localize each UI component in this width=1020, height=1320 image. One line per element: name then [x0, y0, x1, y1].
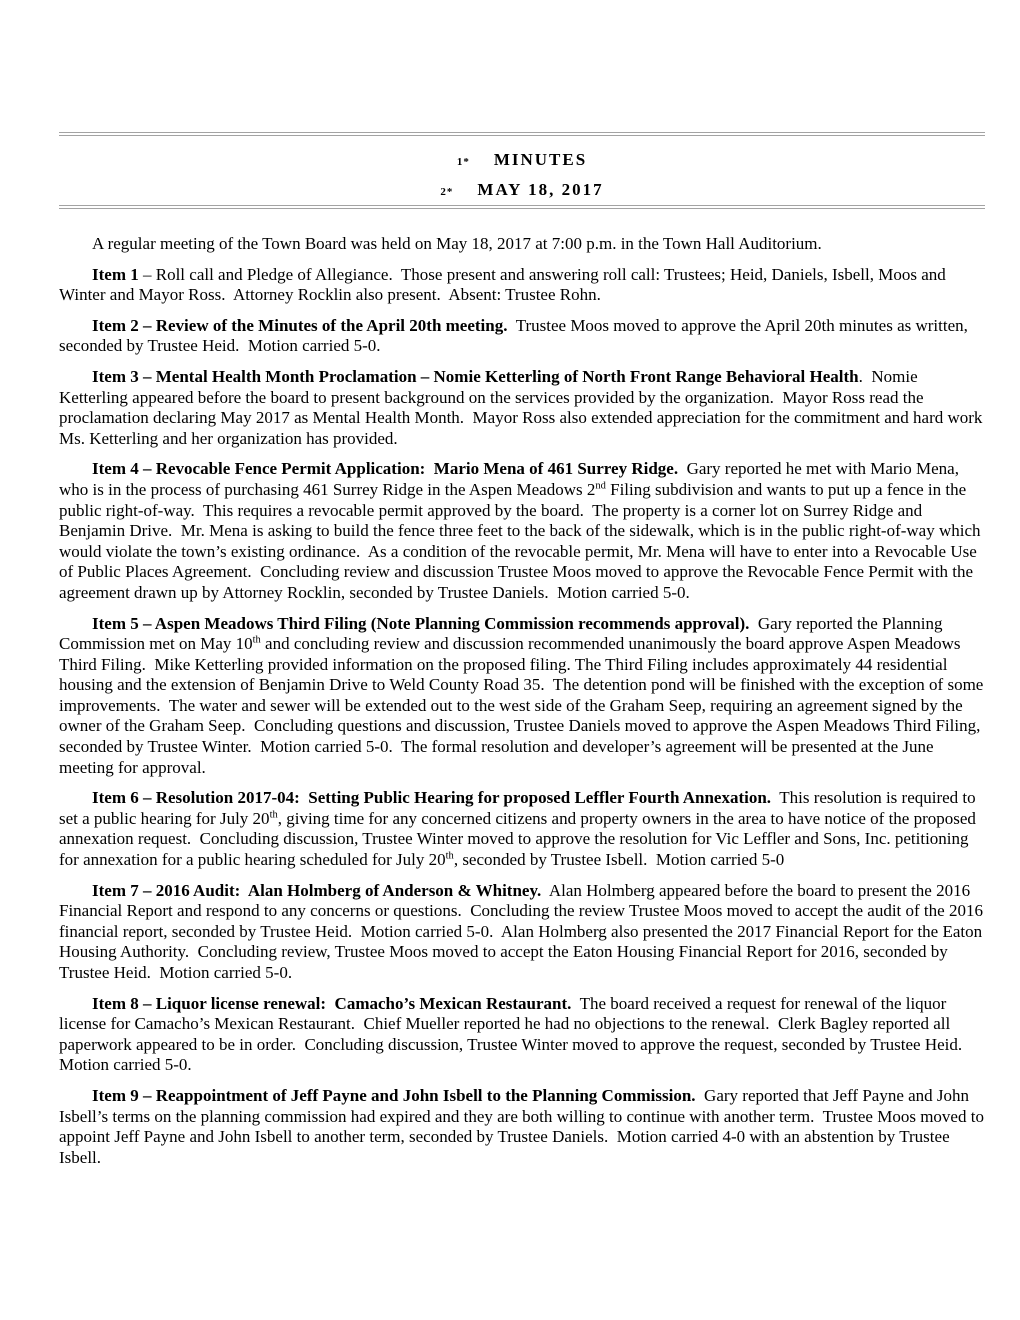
paragraph-text-run: , seconded by Trustee Isbell. Motion car…	[454, 850, 785, 869]
paragraph-text-run: th	[446, 850, 454, 861]
paragraph-heading-run: Item 7 – 2016 Audit: Alan Holmberg of An…	[92, 881, 541, 900]
paragraph-heading-run: Item 8 – Liquor license renewal: Camacho…	[92, 994, 571, 1013]
paragraph-heading-run: Item 1	[92, 265, 139, 284]
intro-paragraph: A regular meeting of the Town Board was …	[59, 234, 985, 255]
paragraph-text-run: th	[270, 809, 278, 820]
item-2: Item 2 – Review of the Minutes of the Ap…	[59, 316, 985, 357]
item-8: Item 8 – Liquor license renewal: Camacho…	[59, 994, 985, 1076]
header-date-line: 2*MAY 18, 2017	[59, 180, 985, 200]
paragraph-heading-run: Item 6 – Resolution 2017-04: Setting Pub…	[92, 788, 771, 807]
item-4: Item 4 – Revocable Fence Permit Applicat…	[59, 459, 985, 603]
paragraph-heading-run: Item 2 – Review of the Minutes of the Ap…	[92, 316, 508, 335]
document-title: MINUTES	[494, 150, 587, 169]
paragraph-heading-run: Item 5 – Aspen Meadows Third Filing (Not…	[92, 614, 749, 633]
list-number-marker: 2*	[440, 186, 453, 198]
paragraph-heading-run: Item 4 – Revocable Fence Permit Applicat…	[92, 459, 678, 478]
paragraph-text-run: th	[253, 634, 261, 645]
paragraph-text-run: – Roll call and Pledge of Allegiance. Th…	[59, 265, 950, 305]
document-page: 1*MINUTES 2*MAY 18, 2017 A regular meeti…	[0, 0, 1020, 1320]
item-6: Item 6 – Resolution 2017-04: Setting Pub…	[59, 788, 985, 870]
item-9: Item 9 – Reappointment of Jeff Payne and…	[59, 1086, 985, 1168]
document-body: A regular meeting of the Town Board was …	[59, 209, 985, 1168]
paragraph-text-run: A regular meeting of the Town Board was …	[92, 234, 822, 253]
list-number-marker: 1*	[457, 156, 470, 168]
item-1: Item 1 – Roll call and Pledge of Allegia…	[59, 265, 985, 306]
item-3: Item 3 – Mental Health Month Proclamatio…	[59, 367, 985, 449]
paragraph-text-run: nd	[595, 480, 606, 491]
paragraph-heading-run: Item 3 – Mental Health Month Proclamatio…	[92, 367, 859, 386]
document-header: 1*MINUTES 2*MAY 18, 2017	[59, 136, 985, 200]
header-title-line: 1*MINUTES	[59, 150, 985, 170]
document-date: MAY 18, 2017	[477, 180, 603, 199]
paragraph-heading-run: Item 9 – Reappointment of Jeff Payne and…	[92, 1086, 696, 1105]
item-5: Item 5 – Aspen Meadows Third Filing (Not…	[59, 614, 985, 779]
paragraph-text-run: and concluding review and discussion rec…	[59, 634, 988, 777]
item-7: Item 7 – 2016 Audit: Alan Holmberg of An…	[59, 881, 985, 984]
